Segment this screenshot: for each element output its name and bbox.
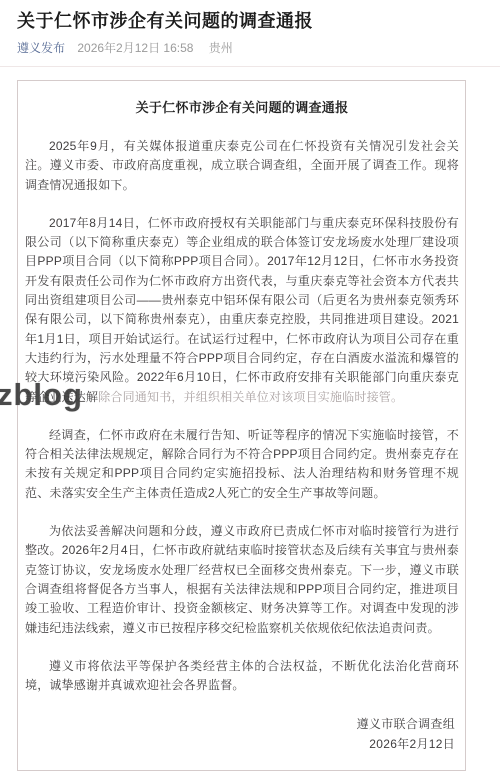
signature: 遵义市联合调查组 2026年2月12日 bbox=[25, 714, 455, 754]
paragraph-text: 遵义市将依法平等保护各类经营主体的合法权益，不断优化法治化营商环境，诚挚感谢并真… bbox=[25, 659, 459, 692]
publish-datetime: 2026年2月12日 16:58 bbox=[77, 41, 193, 55]
article-paragraph: 经调查，仁怀市政府在未履行告知、听证等程序的情况下实施临时接管，不符合相关法律法… bbox=[25, 426, 459, 503]
paragraph-text-faded: 除合同通知书，并组织相关单位对该项目实施临时接管。 bbox=[98, 390, 403, 404]
page-title: 关于仁怀市涉企有关问题的调查通报 bbox=[17, 9, 466, 34]
article-page: 关于仁怀市涉企有关问题的调查通报 遵义发布 2026年2月12日 16:58 贵… bbox=[0, 9, 500, 771]
paragraph-text: 经调查，仁怀市政府在未履行告知、听证等程序的情况下实施临时接管，不符合相关法律法… bbox=[25, 428, 459, 500]
paragraph-text: 为依法妥善解决问题和分歧，遵义市政府已责成仁怀市对临时接管行为进行整改。2026… bbox=[25, 524, 459, 634]
header-divider bbox=[0, 66, 500, 67]
paragraph-text: 2017年8月14日，仁怀市政府授权有关职能部门与重庆泰克环保科技股份有限公司（… bbox=[25, 216, 459, 404]
signature-date: 2026年2月12日 bbox=[25, 734, 455, 754]
article-body: 2025年9月，有关媒体报道重庆泰克公司在仁怀投资有关情况引发社会关注。遵义市委… bbox=[25, 137, 459, 695]
publish-location: 贵州 bbox=[209, 41, 233, 55]
article-card: 关于仁怀市涉企有关问题的调查通报 2025年9月，有关媒体报道重庆泰克公司在仁怀… bbox=[17, 80, 466, 771]
account-name-link[interactable]: 遵义发布 bbox=[17, 41, 65, 55]
byline: 遵义发布 2026年2月12日 16:58 贵州 bbox=[17, 40, 466, 56]
article-paragraph: 为依法妥善解决问题和分歧，遵义市政府已责成仁怀市对临时接管行为进行整改。2026… bbox=[25, 522, 459, 638]
article-title: 关于仁怀市涉企有关问题的调查通报 bbox=[25, 97, 459, 116]
paragraph-text: 2025年9月，有关媒体报道重庆泰克公司在仁怀投资有关情况引发社会关注。遵义市委… bbox=[25, 139, 459, 192]
article-paragraph: 2025年9月，有关媒体报道重庆泰克公司在仁怀投资有关情况引发社会关注。遵义市委… bbox=[25, 137, 459, 195]
signature-org: 遵义市联合调查组 bbox=[25, 714, 455, 734]
article-paragraph: 遵义市将依法平等保护各类经营主体的合法权益，不断优化法治化营商环境，诚挚感谢并真… bbox=[25, 657, 459, 696]
article-paragraph: 2017年8月14日，仁怀市政府授权有关职能部门与重庆泰克环保科技股份有限公司（… bbox=[25, 214, 459, 407]
